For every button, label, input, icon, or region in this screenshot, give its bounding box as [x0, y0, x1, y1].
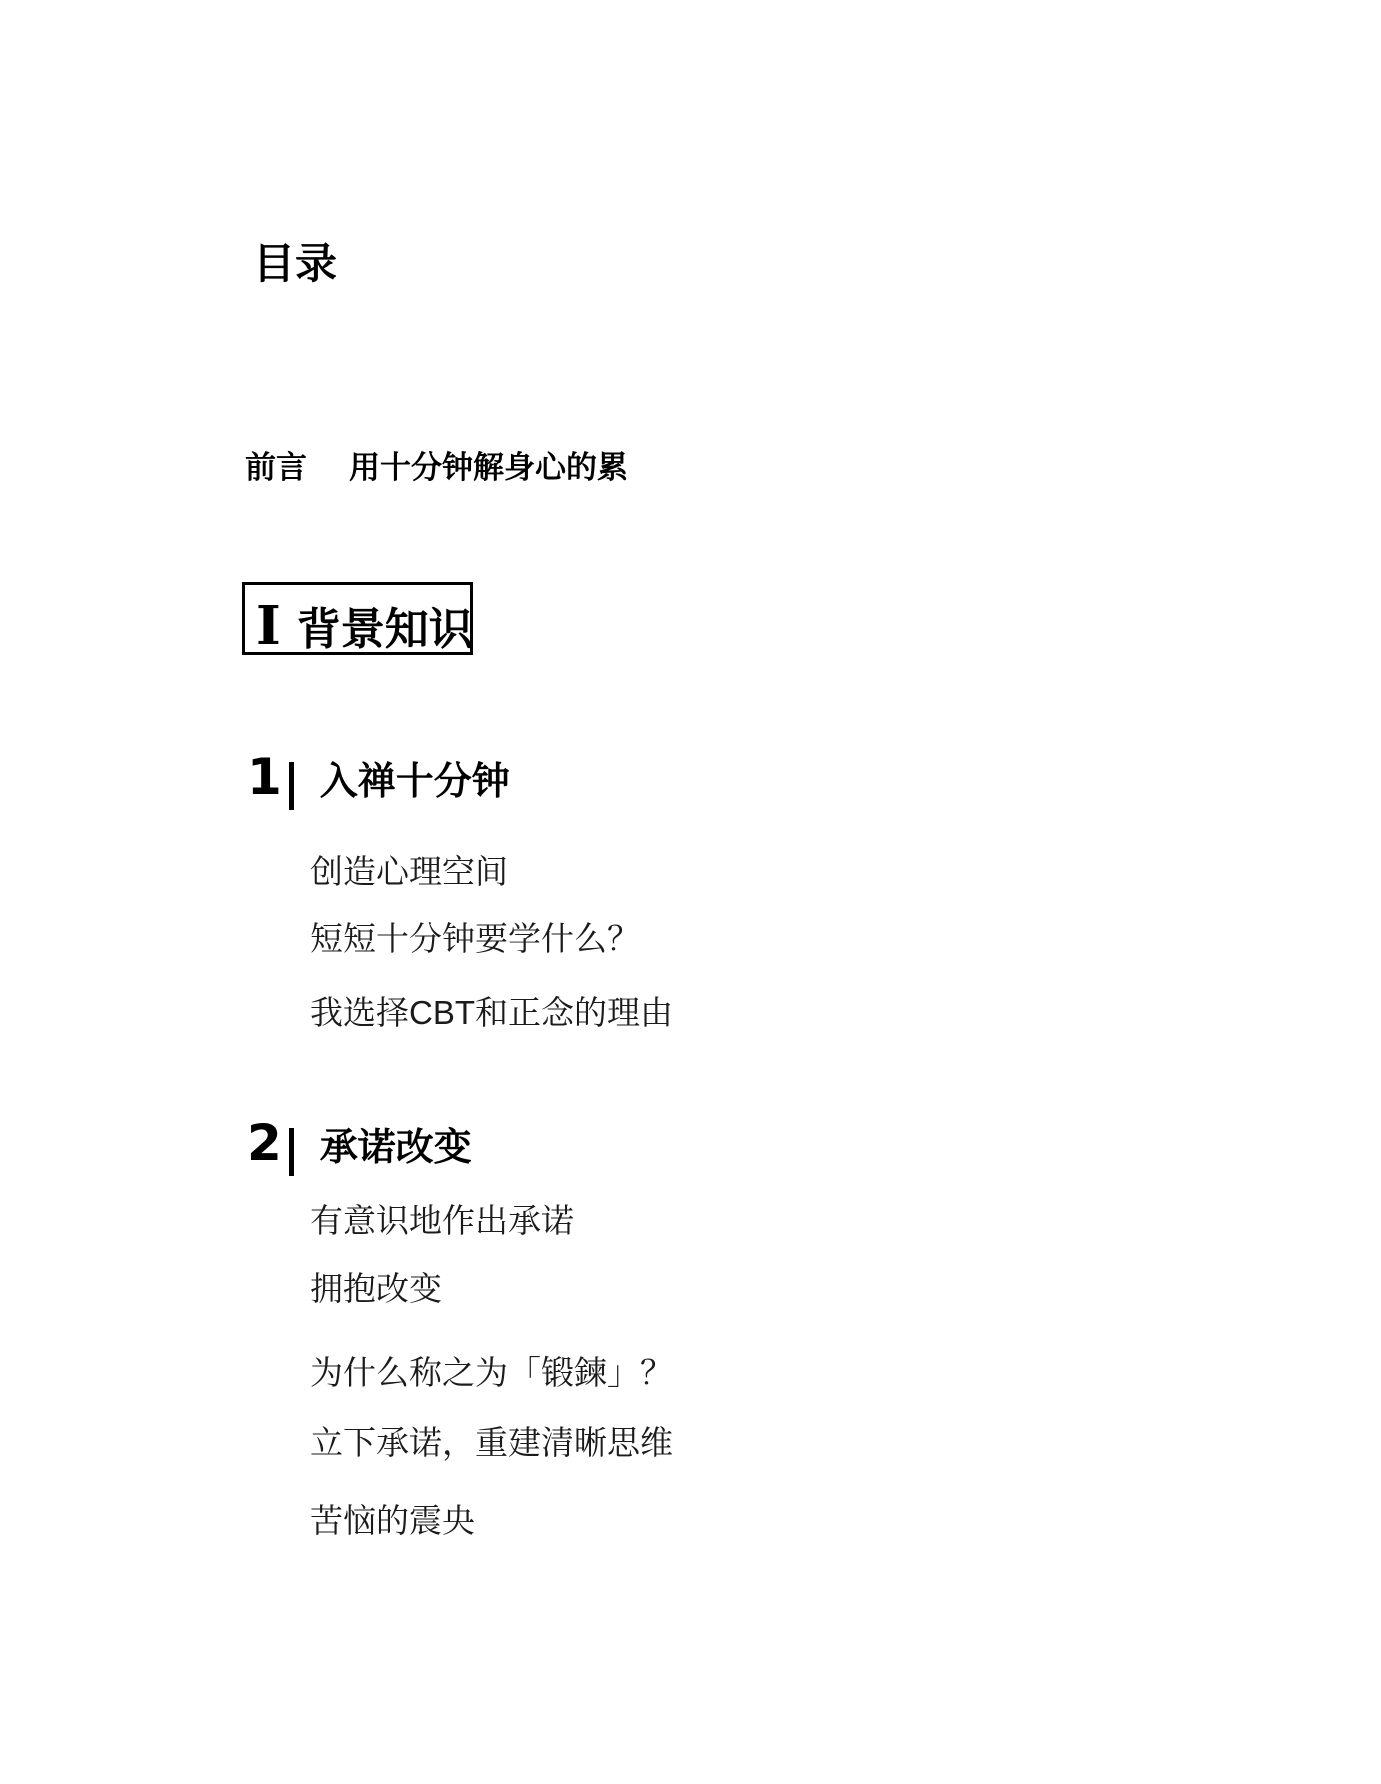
- chapter-number: 2: [247, 1114, 282, 1172]
- toc-entry-section-1-2[interactable]: 短短十分钟要学什么？: [310, 922, 640, 955]
- preface-title: 用十分钟解身心的累: [349, 450, 628, 485]
- chapter-divider-bar: [289, 1128, 294, 1176]
- part-heading-box[interactable]: I背景知识: [242, 582, 473, 655]
- preface-label: 前言: [245, 450, 307, 485]
- toc-entry-section-1-3[interactable]: 我选择CBT和正念的理由: [310, 996, 673, 1029]
- toc-entry-chapter-1[interactable]: 1入禅十分钟: [247, 752, 510, 808]
- chapter-title: 承诺改变: [320, 1127, 472, 1169]
- toc-entry-section-2-2[interactable]: 拥抱改变: [310, 1272, 442, 1305]
- chapter-title: 入禅十分钟: [320, 761, 510, 803]
- part-heading: I背景知识: [256, 600, 473, 653]
- page-title: 目录: [253, 243, 337, 285]
- toc-entry-preface[interactable]: 前言用十分钟解身心的累: [245, 452, 628, 483]
- toc-entry-section-2-4[interactable]: 立下承诺，重建清晰思维: [310, 1426, 673, 1459]
- toc-entry-section-1-1[interactable]: 创造心理空间: [310, 855, 508, 888]
- part-title: 背景知识: [297, 605, 473, 654]
- chapter-divider-bar: [289, 762, 294, 810]
- part-numeral: I: [256, 595, 281, 657]
- toc-entry-section-2-1[interactable]: 有意识地作出承诺: [310, 1204, 574, 1237]
- toc-page: 目录 前言用十分钟解身心的累 I背景知识 1入禅十分钟 创造心理空间 短短十分钟…: [0, 0, 1381, 1784]
- toc-entry-section-2-5[interactable]: 苦恼的震央: [310, 1504, 475, 1537]
- toc-entry-chapter-2[interactable]: 2承诺改变: [247, 1118, 472, 1174]
- toc-entry-section-2-3[interactable]: 为什么称之为「锻鍊」？: [310, 1356, 673, 1389]
- chapter-number: 1: [247, 748, 282, 806]
